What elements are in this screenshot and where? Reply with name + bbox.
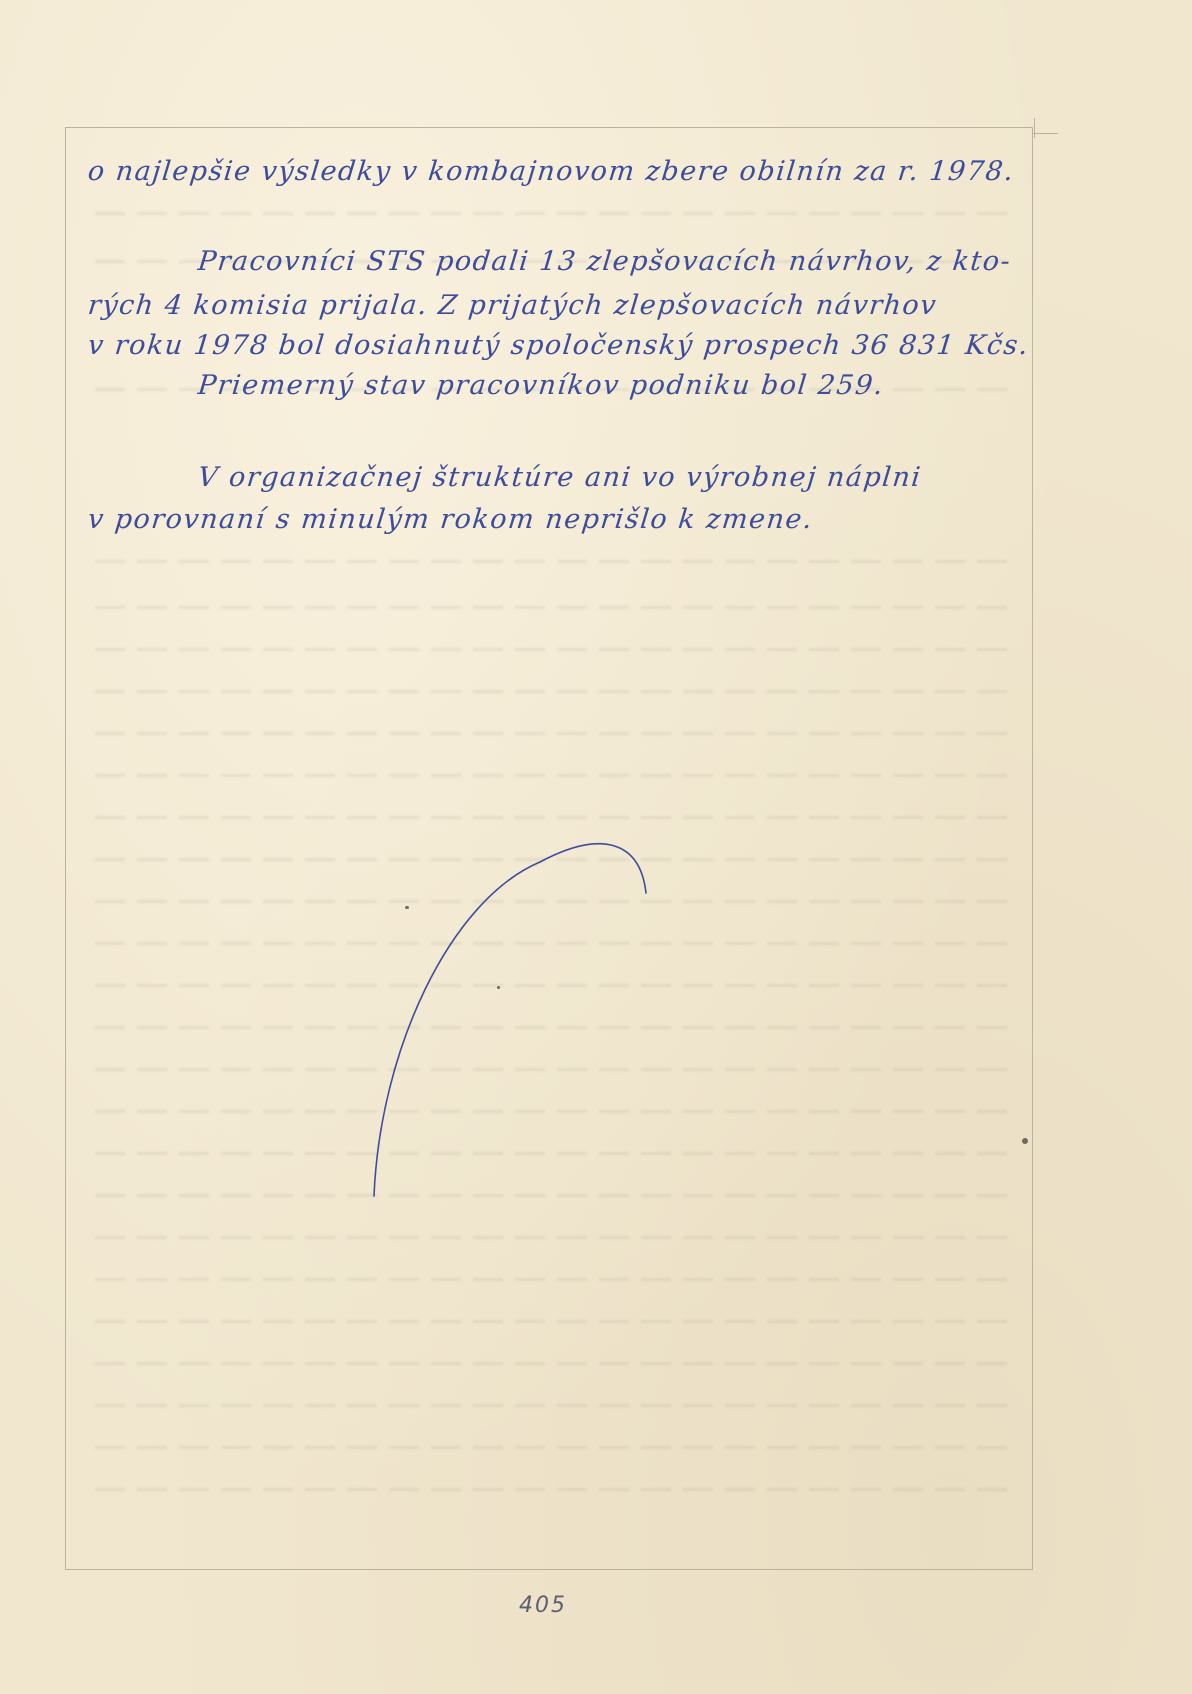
ink-speck	[497, 986, 500, 989]
page-number: 405	[519, 1593, 567, 1618]
ink-speck	[405, 906, 409, 909]
pen-stroke-mark	[0, 0, 1192, 1694]
paper-speck	[1022, 1138, 1028, 1144]
